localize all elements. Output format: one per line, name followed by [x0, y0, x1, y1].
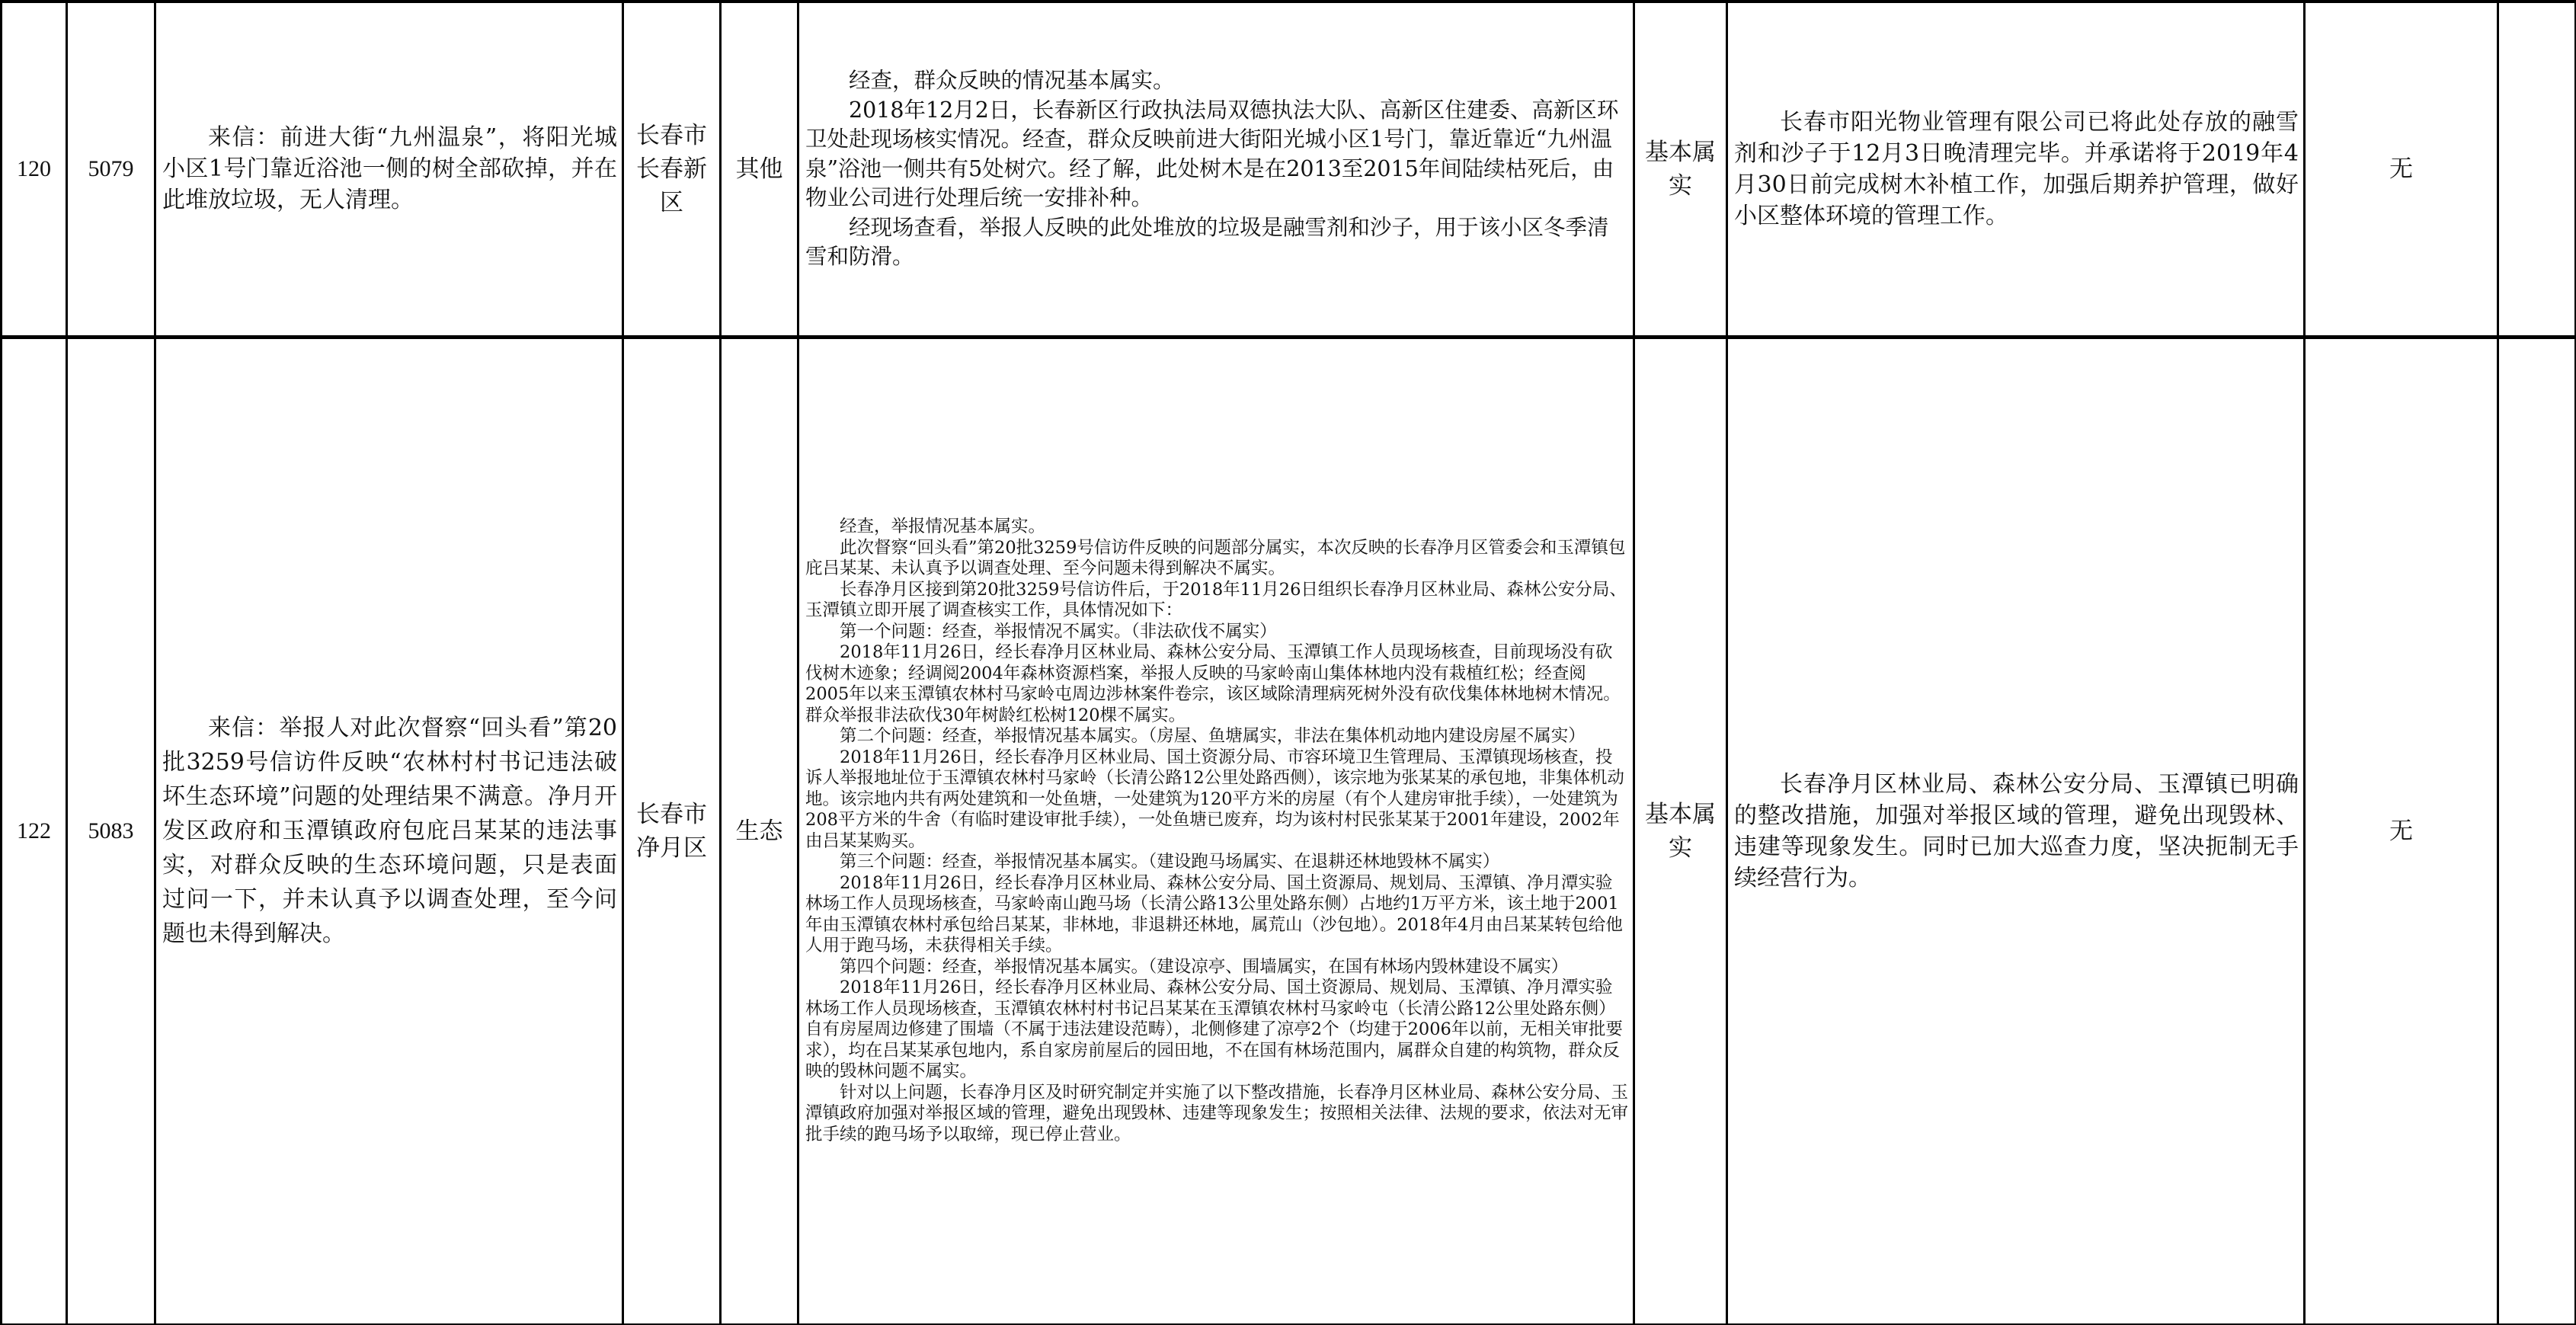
- investigation-paragraph: 长春净月区接到第20批3259号信访件后，于2018年11月26日组织长春净月区…: [805, 580, 1628, 622]
- complaint-cell: 来信：前进大街“九州温泉”，将阳光城小区1号门靠近浴池一侧的树全部砍掉，并在此堆…: [155, 2, 623, 337]
- investigation-paragraph: 经查，举报情况基本属实。: [805, 517, 1628, 538]
- accountability-cell: 无: [2305, 2, 2498, 337]
- case-number-cell: 5079: [67, 2, 155, 337]
- investigation-paragraph: 2018年11月26日，经长春净月区林业局、森林公安分局、玉潭镇工作人员现场核查…: [805, 642, 1628, 726]
- investigation-paragraph: 2018年11月26日，经长春净月区林业局、森林公安分局、国土资源局、规划局、玉…: [805, 978, 1628, 1083]
- category-label: 其他: [736, 155, 783, 183]
- investigation-paragraph: 2018年11月26日，经长春净月区林业局、森林公安分局、国土资源局、规划局、玉…: [805, 873, 1628, 957]
- investigation-paragraph: 经查，群众反映的情况基本属实。: [805, 66, 1627, 96]
- case-number-cell: 5083: [67, 337, 155, 1325]
- investigation-paragraph: 2018年12月2日，长春新区行政执法局双德执法大队、高新区住建委、高新区环卫处…: [805, 96, 1627, 213]
- category-label: 生态: [736, 818, 783, 845]
- rectification-cell: 长春净月区林业局、森林公安分局、玉潭镇已明确的整改措施，加强对举报区域的管理，避…: [1727, 337, 2305, 1325]
- region-line: 净月区: [624, 831, 719, 865]
- petition-table: 120 5079 来信：前进大街“九州温泉”，将阳光城小区1号门靠近浴池一侧的树…: [0, 0, 2576, 1325]
- accountability-text: 无: [2389, 818, 2413, 845]
- table-row: 120 5079 来信：前进大街“九州温泉”，将阳光城小区1号门靠近浴池一侧的树…: [2, 2, 2576, 337]
- complaint-cell: 来信：举报人对此次督察“回头看”第20批3259号信访件反映“农林村村书记违法破…: [155, 337, 623, 1325]
- verdict-line: 实: [1635, 831, 1726, 865]
- complaint-text: 来信：前进大街“九州温泉”，将阳光城小区1号门靠近浴池一侧的树全部砍掉，并在此堆…: [162, 122, 617, 216]
- category-cell: 生态: [721, 337, 798, 1325]
- verdict-line: 实: [1635, 169, 1726, 203]
- investigation-paragraph: 经现场查看，举报人反映的此处堆放的垃圾是融雪剂和沙子，用于该小区冬季清雪和防滑。: [805, 213, 1627, 272]
- rectification-text: 长春净月区林业局、森林公安分局、玉潭镇已明确的整改措施，加强对举报区域的管理，避…: [1734, 769, 2299, 894]
- investigation-paragraph: 此次督察“回头看”第20批3259号信访件反映的问题部分属实，本次反映的长春净月…: [805, 538, 1628, 580]
- document-page: 120 5079 来信：前进大街“九州温泉”，将阳光城小区1号门靠近浴池一侧的树…: [0, 0, 2576, 1325]
- investigation-paragraph: 第四个问题：经查，举报情况基本属实。（建设凉亭、围墙属实，在国有林场内毁林建设不…: [805, 957, 1628, 978]
- verdict-line: 基本属: [1635, 136, 1726, 169]
- seq-cell: 122: [2, 337, 67, 1325]
- verdict-cell: 基本属 实: [1634, 337, 1727, 1325]
- category-cell: 其他: [721, 2, 798, 337]
- investigation-paragraph: 第三个问题：经查，举报情况基本属实。（建设跑马场属实、在退耕还林地毁林不属实）: [805, 852, 1628, 873]
- investigation-paragraph: 2018年11月26日，经长春净月区林业局、国土资源分局、市容环境卫生管理局、玉…: [805, 747, 1628, 853]
- remark-cell: [2498, 337, 2576, 1325]
- region-cell: 长春市 净月区: [623, 337, 721, 1325]
- case-number: 5079: [88, 156, 134, 181]
- investigation-cell: 经查，举报情况基本属实。 此次督察“回头看”第20批3259号信访件反映的问题部…: [798, 337, 1634, 1325]
- investigation-paragraph: 第二个问题：经查，举报情况基本属实。（房屋、鱼塘属实，非法在集体机动地内建设房屋…: [805, 726, 1628, 747]
- investigation-paragraph: 第一个问题：经查，举报情况不属实。（非法砍伐不属实）: [805, 622, 1628, 643]
- rectification-cell: 长春市阳光物业管理有限公司已将此处存放的融雪剂和沙子于12月3日晚清理完毕。并承…: [1727, 2, 2305, 337]
- complaint-text: 来信：举报人对此次督察“回头看”第20批3259号信访件反映“农林村村书记违法破…: [162, 711, 617, 951]
- seq-number: 120: [17, 156, 51, 181]
- accountability-cell: 无: [2305, 337, 2498, 1325]
- case-number: 5083: [88, 818, 134, 843]
- region-cell: 长春市 长春新 区: [623, 2, 721, 337]
- region-line: 区: [624, 186, 719, 219]
- seq-number: 122: [17, 818, 51, 843]
- region-line: 长春市: [624, 119, 719, 152]
- investigation-cell: 经查，群众反映的情况基本属实。 2018年12月2日，长春新区行政执法局双德执法…: [798, 2, 1634, 337]
- accountability-text: 无: [2389, 155, 2413, 183]
- verdict-cell: 基本属 实: [1634, 2, 1727, 337]
- seq-cell: 120: [2, 2, 67, 337]
- region-line: 长春新: [624, 152, 719, 186]
- investigation-paragraph: 针对以上问题，长春净月区及时研究制定并实施了以下整改措施，长春净月区林业局、森林…: [805, 1083, 1628, 1146]
- remark-cell: [2498, 2, 2576, 337]
- table-row: 122 5083 来信：举报人对此次督察“回头看”第20批3259号信访件反映“…: [2, 337, 2576, 1325]
- region-line: 长春市: [624, 798, 719, 831]
- verdict-line: 基本属: [1635, 798, 1726, 831]
- rectification-text: 长春市阳光物业管理有限公司已将此处存放的融雪剂和沙子于12月3日晚清理完毕。并承…: [1734, 107, 2299, 232]
